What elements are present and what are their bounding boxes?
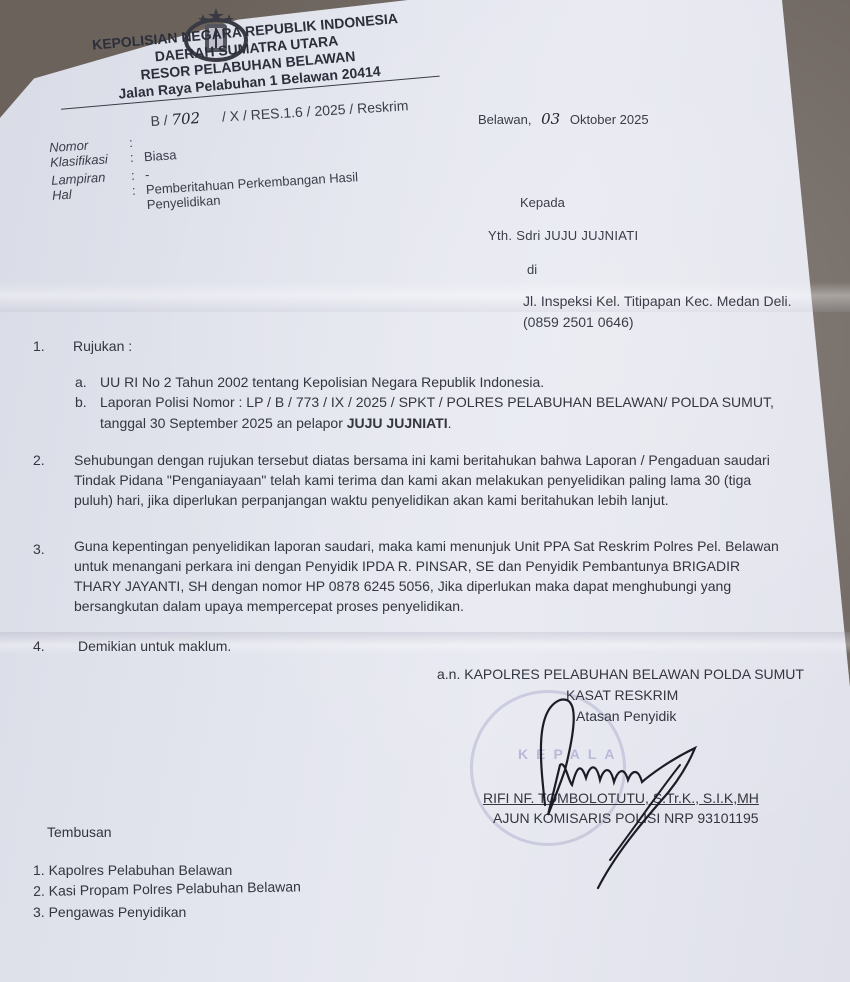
recipient-di: di [527,262,537,277]
paragraph-line: Sehubungan dengan rujukan tersebut diata… [74,450,814,470]
rujukan-b-text: Laporan Polisi Nomor : LP / B / 773 / IX… [100,394,774,410]
handwritten-signature-icon [520,690,770,900]
klasifikasi-value: Biasa [143,147,176,164]
section-2-paragraph: Sehubungan dengan rujukan tersebut diata… [74,450,814,510]
tembusan-item: 3. Pengawas Penyidikan [33,904,186,920]
recipient-kepada: Kepada [520,195,565,210]
rujukan-b-date: tanggal 30 September 2025 an pelapor [100,415,347,431]
paragraph-line: untuk menangani perkara ini dengan Penyi… [74,556,814,576]
letter-meta: Nomor : Klasifikasi : Biasa Lampiran : -… [48,109,359,218]
date-place: Belawan, [478,112,531,127]
reporter-name: JUJU JUJNIATI [347,415,448,431]
rujukan-b-label: b. [75,394,87,410]
section-number: 1. [33,338,45,354]
tembusan-title: Tembusan [47,824,112,840]
tembusan-item: 1. Kapolres Pelabuhan Belawan [33,862,232,878]
recipient-address: Jl. Inspeksi Kel. Titipapan Kec. Medan D… [523,293,791,309]
separator: : [132,182,147,198]
section-number: 3. [33,541,45,557]
paragraph-line: puluh) hari, jika diperlukan perpanjanga… [74,490,814,510]
separator: : [129,134,144,150]
paragraph-line: Guna kepentingan penyelidikan laporan sa… [74,536,814,556]
rujukan-a-label: a. [75,374,87,390]
date-month-year: Oktober 2025 [570,112,649,127]
rujukan-b-text-continued: tanggal 30 September 2025 an pelapor JUJ… [100,415,452,431]
rujukan-a-text: UU RI No 2 Tahun 2002 tentang Kepolisian… [100,374,544,390]
separator: : [131,167,146,183]
section-number: 2. [33,452,45,468]
section-number: 4. [33,638,45,654]
recipient-phone: (0859 2501 0646) [523,314,634,330]
separator: : [129,149,144,165]
section-title: Rujukan : [73,338,132,354]
date-day-handwritten: 03 [541,110,560,128]
letter-date: Belawan, 03 Oktober 2025 [478,110,649,128]
lampiran-value: - [145,167,150,182]
period: . [448,415,452,431]
signature-on-behalf: a.n. KAPOLRES PELABUHAN BELAWAN POLDA SU… [437,666,804,682]
paragraph-line: THARY JAYANTI, SH dengan nomor HP 0878 6… [74,576,814,596]
paragraph-line: bersangkutan dalam upaya mempercepat pro… [74,596,814,616]
paragraph-line: Tindak Pidana "Penganiayaan" telah kami … [74,470,814,490]
section-3-paragraph: Guna kepentingan penyelidikan laporan sa… [74,536,814,616]
closing-text: Demikian untuk maklum. [78,638,231,654]
recipient-name: Yth. Sdri JUJU JUJNIATI [488,228,638,243]
